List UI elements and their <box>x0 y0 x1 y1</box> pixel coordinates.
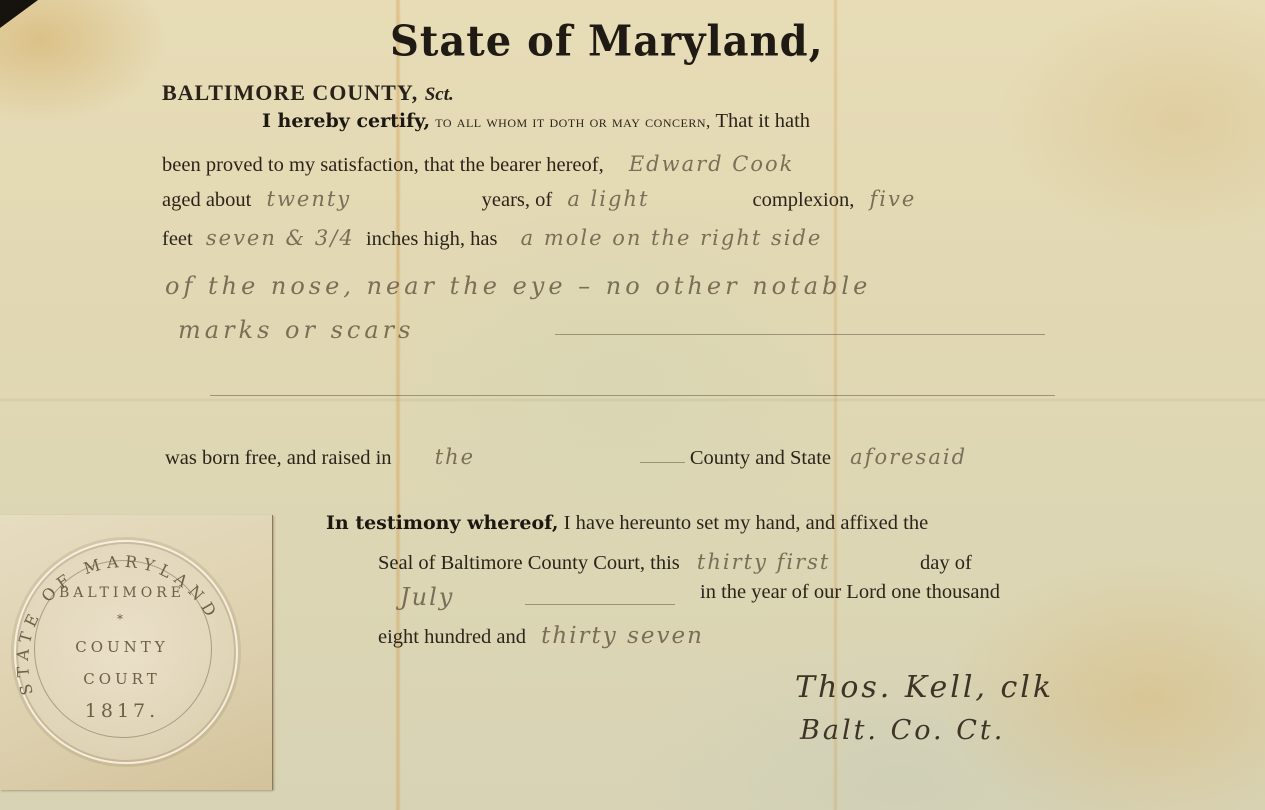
certify-line: I hereby certify, to all whom it doth or… <box>262 110 810 133</box>
seal-year: 1817. <box>22 700 222 722</box>
torn-corner <box>0 0 38 28</box>
printed-text: I have hereunto set my hand, and affixed… <box>564 512 929 534</box>
county-heading: BALTIMORE COUNTY, Sct. <box>162 80 454 106</box>
handwritten-marks: a mole on the right side <box>521 226 823 250</box>
printed-text: aged about <box>162 189 251 211</box>
printed-text: was born free, and raised in <box>165 447 392 469</box>
clerk-title: Balt. Co. Ct. <box>800 715 1005 746</box>
seal-county: COUNTY <box>22 638 222 656</box>
blank-rule <box>210 395 1055 396</box>
seal-date-line: Seal of Baltimore County Court, this thi… <box>378 550 972 575</box>
printed-text: years, of <box>482 189 553 211</box>
testimony-blackletter: In testimony whereof, <box>326 512 559 534</box>
seal-star: * <box>22 612 222 626</box>
year-line: eight hundred and thirty seven <box>378 623 704 649</box>
printed-text: Seal of Baltimore County Court, this <box>378 552 680 574</box>
certify-smallcaps: to all whom it doth or may concern, <box>435 112 711 131</box>
handwritten-height-feet: five <box>870 187 917 211</box>
county-suffix: Sct. <box>425 84 454 105</box>
handwritten-age: twenty <box>267 187 477 211</box>
handwritten-year: thirty seven <box>541 623 704 649</box>
clerk-signature: Thos. Kell, clk <box>795 670 1054 705</box>
handwritten-name: Edward Cook <box>629 152 795 176</box>
height-marks-line: feet seven & 3/4 inches high, has a mole… <box>162 226 822 251</box>
blank-rule <box>525 604 675 605</box>
seal-court: COURT <box>22 670 222 688</box>
printed-text: feet <box>162 228 193 250</box>
age-complexion-line: aged about twenty years, of a light comp… <box>162 187 916 212</box>
printed-text: been proved to my satisfaction, that the… <box>162 154 604 176</box>
printed-text: County and State <box>690 447 831 469</box>
handwritten-marks-3: marks or scars <box>178 316 414 344</box>
printed-text: day of <box>920 552 972 574</box>
printed-text: eight hundred and <box>378 626 526 648</box>
testimony-line: In testimony whereof, I have hereunto se… <box>326 512 928 535</box>
born-free-line: was born free, and raised in the County … <box>165 445 967 470</box>
handwritten-month: July <box>400 583 454 611</box>
handwritten-day: thirty first <box>697 550 915 574</box>
certify-blackletter: I hereby certify, <box>262 110 430 132</box>
seal-baltimore: BALTIMORE <box>22 585 222 601</box>
printed-text: inches high, has <box>366 228 498 250</box>
blank-rule <box>555 334 1045 335</box>
printed-text: complexion, <box>752 189 854 211</box>
bearer-line: been proved to my satisfaction, that the… <box>162 152 794 177</box>
handwritten-place: the <box>435 445 685 469</box>
fold-crease <box>0 398 1265 402</box>
handwritten-complexion: a light <box>567 187 747 211</box>
county-name: BALTIMORE COUNTY, <box>162 80 418 105</box>
handwritten-height-inches: seven & 3/4 <box>206 226 361 250</box>
handwritten-marks-2: of the nose, near the eye – no other not… <box>165 272 871 300</box>
handwritten-state: aforesaid <box>850 445 967 469</box>
document-title: State of Maryland, <box>390 17 824 66</box>
year-lord-line: in the year of our Lord one thousand <box>700 581 1000 604</box>
certify-tail: That it hath <box>716 110 811 132</box>
blank-rule <box>640 462 685 463</box>
